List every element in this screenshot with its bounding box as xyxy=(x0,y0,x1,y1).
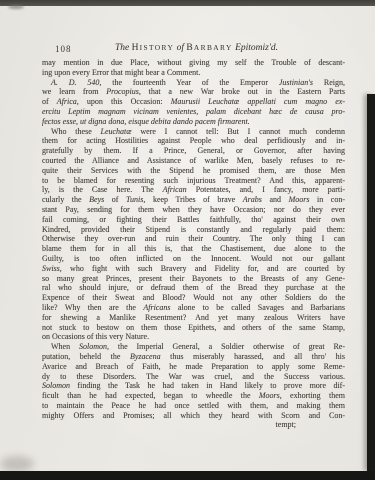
text-segment: in con- xyxy=(309,195,345,204)
catchword: tempt; xyxy=(42,420,296,429)
text-segment: ral who should injure, or defraud them o… xyxy=(42,283,345,292)
text-segment: and xyxy=(262,195,289,204)
text-line: to maintain the Peace he had once settle… xyxy=(42,401,345,411)
text-segment: ISTORY xyxy=(140,43,175,52)
text-segment: Guilty, is too often inflicted on the In… xyxy=(42,254,345,263)
text-line: Solomon finding the Task he had taken in… xyxy=(42,381,345,391)
text-segment: Otherwise they over-run and ruin their C… xyxy=(42,234,345,243)
text-line: Swiss, who fight with such Bravery and F… xyxy=(42,264,345,274)
text-segment: upon this Occasion: xyxy=(79,97,171,106)
text-segment: ing upon every Error that might bear a C… xyxy=(42,68,200,77)
text-segment: thus miserably harassed, and all thro' h… xyxy=(161,352,345,361)
text-line: so many great Princes, present their Bay… xyxy=(42,274,345,284)
text-segment: A. D. 540, xyxy=(51,78,101,87)
text-segment: may mention in due Place, without giving… xyxy=(42,58,345,67)
scanned-book-page: 108 The HISTORY of BARBARY Epitomiz'd. m… xyxy=(0,0,375,480)
running-title: The HISTORY of BARBARY Epitomiz'd. xyxy=(88,43,305,53)
text-line: fectos esse, ut digna dona, eisque debit… xyxy=(42,117,345,127)
text-line: not stuck to bestow on them those Epithe… xyxy=(42,323,345,333)
text-line: like? Why then are the Africans alone to… xyxy=(42,303,345,313)
text-segment: Potentates, and, I fancy, more parti- xyxy=(187,185,345,194)
text-segment: Africans xyxy=(143,303,170,312)
text-segment: Who these xyxy=(51,127,101,136)
text-segment: ercitu Leptim magnam vicinam venientes, … xyxy=(42,107,345,116)
text-line: A. D. 540, the fourteenth Year of the Em… xyxy=(42,78,345,88)
text-segment: them for acting Hostilities against Peop… xyxy=(42,136,345,145)
text-segment: African xyxy=(163,185,187,194)
text-segment: Justinian's xyxy=(279,78,313,87)
text-segment: Solomon, xyxy=(79,342,109,351)
text-segment: B xyxy=(186,43,194,53)
text-line: putation, beheld the Byzacena thus miser… xyxy=(42,352,345,362)
text-segment: quite their Services with the Stipend he… xyxy=(42,166,345,175)
text-line: of Africa, upon this Occasion: Maurusii … xyxy=(42,97,345,107)
text-segment: of xyxy=(42,97,57,106)
text-line: Avarice and Breach of Faith, he made Pre… xyxy=(42,362,345,372)
text-segment: of xyxy=(174,43,186,53)
text-line: stant Pay, sending for them when they ha… xyxy=(42,205,345,215)
text-line: Otherwise they over-run and ruin their C… xyxy=(42,234,345,244)
text-line: blame them for in all this is, that the … xyxy=(42,244,345,254)
text-segment: Moors, xyxy=(259,391,282,400)
scan-smudge-bottom-left xyxy=(0,456,34,472)
text-segment: finding the Task he had taken in Hand li… xyxy=(70,381,345,390)
text-line: on Occasions of this very Nature. xyxy=(42,332,345,342)
text-segment: for shewing a Manlike Resentment? And ye… xyxy=(42,313,345,322)
page-number: 108 xyxy=(55,44,72,54)
text-line: for shewing a Manlike Resentment? And ye… xyxy=(42,313,345,323)
text-line: we learn from Procopius, that a new War … xyxy=(42,87,345,97)
text-line: ing upon every Error that might bear a C… xyxy=(42,68,345,78)
text-segment: dy to these Disorders. The War was cruel… xyxy=(42,372,345,381)
text-line: to be blamed for resenting such injuriou… xyxy=(42,176,345,186)
text-line: fail coming, or fighting their Battles f… xyxy=(42,215,345,225)
text-segment: we learn from xyxy=(42,87,106,96)
scan-right-edge-shadow xyxy=(367,94,375,471)
text-segment: putation, beheld the xyxy=(42,352,130,361)
text-segment: exhorting them xyxy=(282,391,345,400)
text-segment: that a new War broke out in the Eastern … xyxy=(141,87,345,96)
text-line: ly, is the Case here. The African Potent… xyxy=(42,185,345,195)
text-segment: Tunis, xyxy=(126,195,145,204)
text-segment: courted the Alliance and Assistance of w… xyxy=(42,156,345,165)
text-segment: The xyxy=(115,43,132,53)
text-line: ral who should injure, or defraud them o… xyxy=(42,283,345,293)
text-line: them for acting Hostilities against Peop… xyxy=(42,136,345,146)
text-segment: like? Why then are the xyxy=(42,303,143,312)
text-segment: blame them for in all this is, that the … xyxy=(42,244,345,253)
text-line: ficult than he had expected, began to wh… xyxy=(42,391,345,401)
text-segment: gratefully by them. If a Prince, General… xyxy=(42,146,345,155)
text-segment: the fourteenth Year of the Emperor xyxy=(101,78,279,87)
text-line: cularly the Beys of Tunis, keep Tribes o… xyxy=(42,195,345,205)
text-line: Expence of their Sweat and Blood? Would … xyxy=(42,293,345,303)
text-segment: Epitomiz'd. xyxy=(233,43,278,53)
text-segment: Leuchatæ xyxy=(101,127,132,136)
text-segment: Moors xyxy=(289,195,310,204)
text-line: Who these Leuchatæ were I cannot tell: B… xyxy=(42,127,345,137)
text-segment: were I cannot tell: But I cannot much co… xyxy=(132,127,345,136)
text-segment: Maurusii Leuchatæ appellati cum magno ex… xyxy=(171,97,345,106)
text-line: ercitu Leptim magnam vicinam venientes, … xyxy=(42,107,345,117)
text-segment: keep Tribes of brave xyxy=(145,195,242,204)
text-segment: the Imperial General, a Soldier otherwis… xyxy=(109,342,345,351)
text-segment: of xyxy=(104,195,126,204)
text-segment: to be blamed for resenting such injuriou… xyxy=(42,176,345,185)
text-segment: fectos esse, ut digna dona, eisque debit… xyxy=(42,117,250,126)
text-line: may mention in due Place, without giving… xyxy=(42,58,345,68)
text-segment: on Occasions of this very Nature. xyxy=(42,332,149,341)
text-segment: fail coming, or fighting their Battles f… xyxy=(42,215,345,224)
text-segment: Expence of their Sweat and Blood? Would … xyxy=(42,293,345,302)
text-segment: alone to be called Savages and Barbarian… xyxy=(170,303,345,312)
text-line: Guilty, is too often inflicted on the In… xyxy=(42,254,345,264)
text-segment: who fight with such Bravery and Fidelity… xyxy=(62,264,345,273)
text-line: quite their Services with the Stipend he… xyxy=(42,166,345,176)
scan-bottom-edge-shadow xyxy=(0,471,375,480)
text-line: courted the Alliance and Assistance of w… xyxy=(42,156,345,166)
text-line: When Solomon, the Imperial General, a So… xyxy=(42,342,345,352)
text-segment: Procopius, xyxy=(106,87,141,96)
scan-top-edge-shadow xyxy=(0,0,375,6)
text-segment: Beys xyxy=(89,195,104,204)
text-segment: stant Pay, sending for them when they ha… xyxy=(42,205,345,214)
scan-smudge-top-left xyxy=(8,5,24,9)
text-segment: Swiss, xyxy=(42,264,62,273)
text-segment: Avarice and Breach of Faith, he made Pre… xyxy=(42,362,345,371)
text-segment: Byzacena xyxy=(130,352,161,361)
text-segment: ly, is the Case here. The xyxy=(42,185,163,194)
text-segment: mighty Offers and Promises; all which th… xyxy=(42,411,345,420)
text-segment: Solomon xyxy=(42,381,70,390)
text-segment: so many great Princes, present their Bay… xyxy=(42,274,345,283)
text-line: gratefully by them. If a Prince, General… xyxy=(42,146,345,156)
text-segment: cularly the xyxy=(42,195,89,204)
text-line: dy to these Disorders. The War was cruel… xyxy=(42,372,345,382)
text-segment: H xyxy=(132,43,140,53)
text-segment: Africa, xyxy=(57,97,79,106)
text-segment: ARBARY xyxy=(194,43,233,52)
text-segment: not stuck to bestow on them those Epithe… xyxy=(42,323,345,332)
text-segment: Kindred, provided their Stipend is const… xyxy=(42,225,345,234)
text-segment: to maintain the Peace he had once settle… xyxy=(42,401,345,410)
text-segment: When xyxy=(51,342,79,351)
text-segment: Reign, xyxy=(313,78,345,87)
text-line: mighty Offers and Promises; all which th… xyxy=(42,411,345,421)
text-segment: Arabs xyxy=(243,195,262,204)
text-segment: ficult than he had expected, began to wh… xyxy=(42,391,259,400)
body-text: may mention in due Place, without giving… xyxy=(42,58,345,420)
text-line: Kindred, provided their Stipend is const… xyxy=(42,225,345,235)
